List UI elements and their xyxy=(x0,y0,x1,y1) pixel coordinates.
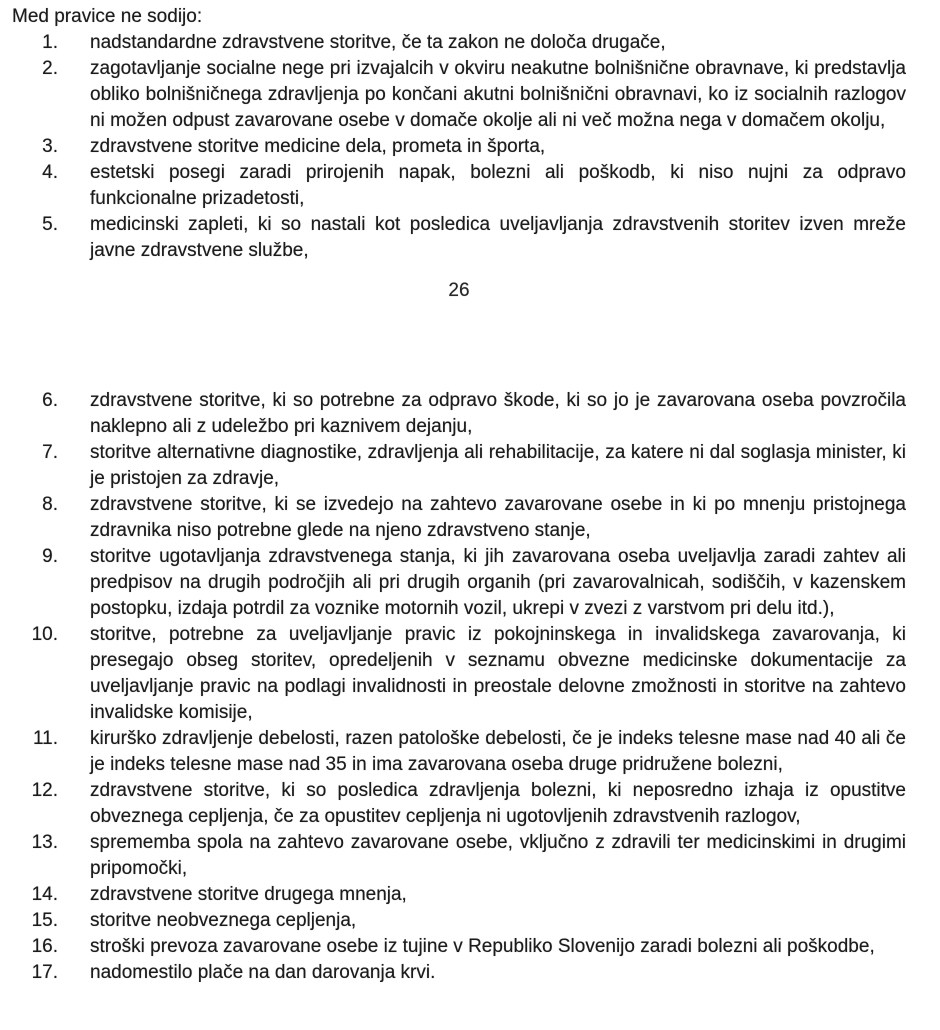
list-item: 15. storitve neobveznega cepljenja, xyxy=(12,908,906,934)
item-number: 3. xyxy=(12,134,58,160)
item-number: 2. xyxy=(12,56,58,82)
item-number: 10. xyxy=(12,622,58,648)
item-text: storitve ugotavljanja zdravstvenega stan… xyxy=(90,544,906,622)
list-item: 5. medicinski zapleti, ki so nastali kot… xyxy=(12,212,906,264)
item-number: 8. xyxy=(12,492,58,518)
item-text: medicinski zapleti, ki so nastali kot po… xyxy=(90,212,906,264)
ordered-list-bottom: 6. zdravstvene storitve, ki so potrebne … xyxy=(12,388,906,986)
item-number: 1. xyxy=(12,30,58,56)
list-item: 10. storitve, potrebne za uveljavljanje … xyxy=(12,622,906,726)
list-item: 14. zdravstvene storitve drugega mnenja, xyxy=(12,882,906,908)
document-page: Med pravice ne sodijo: 1. nadstandardne … xyxy=(0,0,940,1030)
item-text: nadstandardne zdravstvene storitve, če t… xyxy=(90,30,906,56)
list-item: 7. storitve alternativne diagnostike, zd… xyxy=(12,440,906,492)
page-number: 26 xyxy=(12,278,906,304)
item-number: 14. xyxy=(12,882,58,908)
item-number: 16. xyxy=(12,934,58,960)
list-item: 6. zdravstvene storitve, ki so potrebne … xyxy=(12,388,906,440)
item-number: 15. xyxy=(12,908,58,934)
item-number: 12. xyxy=(12,778,58,804)
item-number: 11. xyxy=(12,726,58,752)
list-item: 17. nadomestilo plače na dan darovanja k… xyxy=(12,960,906,986)
item-text: zdravstvene storitve, ki so potrebne za … xyxy=(90,388,906,440)
item-number: 7. xyxy=(12,440,58,466)
item-text: kirurško zdravljenje debelosti, razen pa… xyxy=(90,726,906,778)
item-number: 17. xyxy=(12,960,58,986)
item-text: zdravstvene storitve, ki so posledica zd… xyxy=(90,778,906,830)
item-text: storitve alternativne diagnostike, zdrav… xyxy=(90,440,906,492)
item-text: nadomestilo plače na dan darovanja krvi. xyxy=(90,960,906,986)
list-item: 2. zagotavljanje socialne nege pri izvaj… xyxy=(12,56,906,134)
item-number: 4. xyxy=(12,160,58,186)
item-text: estetski posegi zaradi prirojenih napak,… xyxy=(90,160,906,212)
item-text: zagotavljanje socialne nege pri izvajalc… xyxy=(90,56,906,134)
list-item: 3. zdravstvene storitve medicine dela, p… xyxy=(12,134,906,160)
item-text: storitve, potrebne za uveljavljanje prav… xyxy=(90,622,906,726)
list-item: 11. kirurško zdravljenje debelosti, raze… xyxy=(12,726,906,778)
item-number: 6. xyxy=(12,388,58,414)
item-text: zdravstvene storitve drugega mnenja, xyxy=(90,882,906,908)
list-item: 1. nadstandardne zdravstvene storitve, č… xyxy=(12,30,906,56)
intro-line: Med pravice ne sodijo: xyxy=(12,4,906,30)
item-text: zdravstvene storitve medicine dela, prom… xyxy=(90,134,906,160)
item-number: 5. xyxy=(12,212,58,238)
item-text: zdravstvene storitve, ki se izvedejo na … xyxy=(90,492,906,544)
item-text: sprememba spola na zahtevo zavarovane os… xyxy=(90,830,906,882)
list-item: 16. stroški prevoza zavarovane osebe iz … xyxy=(12,934,906,960)
list-item: 4. estetski posegi zaradi prirojenih nap… xyxy=(12,160,906,212)
list-item: 12. zdravstvene storitve, ki so posledic… xyxy=(12,778,906,830)
list-item: 9. storitve ugotavljanja zdravstvenega s… xyxy=(12,544,906,622)
list-item: 13. sprememba spola na zahtevo zavarovan… xyxy=(12,830,906,882)
item-text: stroški prevoza zavarovane osebe iz tuji… xyxy=(90,934,906,960)
item-number: 13. xyxy=(12,830,58,856)
list-item: 8. zdravstvene storitve, ki se izvedejo … xyxy=(12,492,906,544)
item-number: 9. xyxy=(12,544,58,570)
ordered-list-top: 1. nadstandardne zdravstvene storitve, č… xyxy=(12,30,906,264)
item-text: storitve neobveznega cepljenja, xyxy=(90,908,906,934)
